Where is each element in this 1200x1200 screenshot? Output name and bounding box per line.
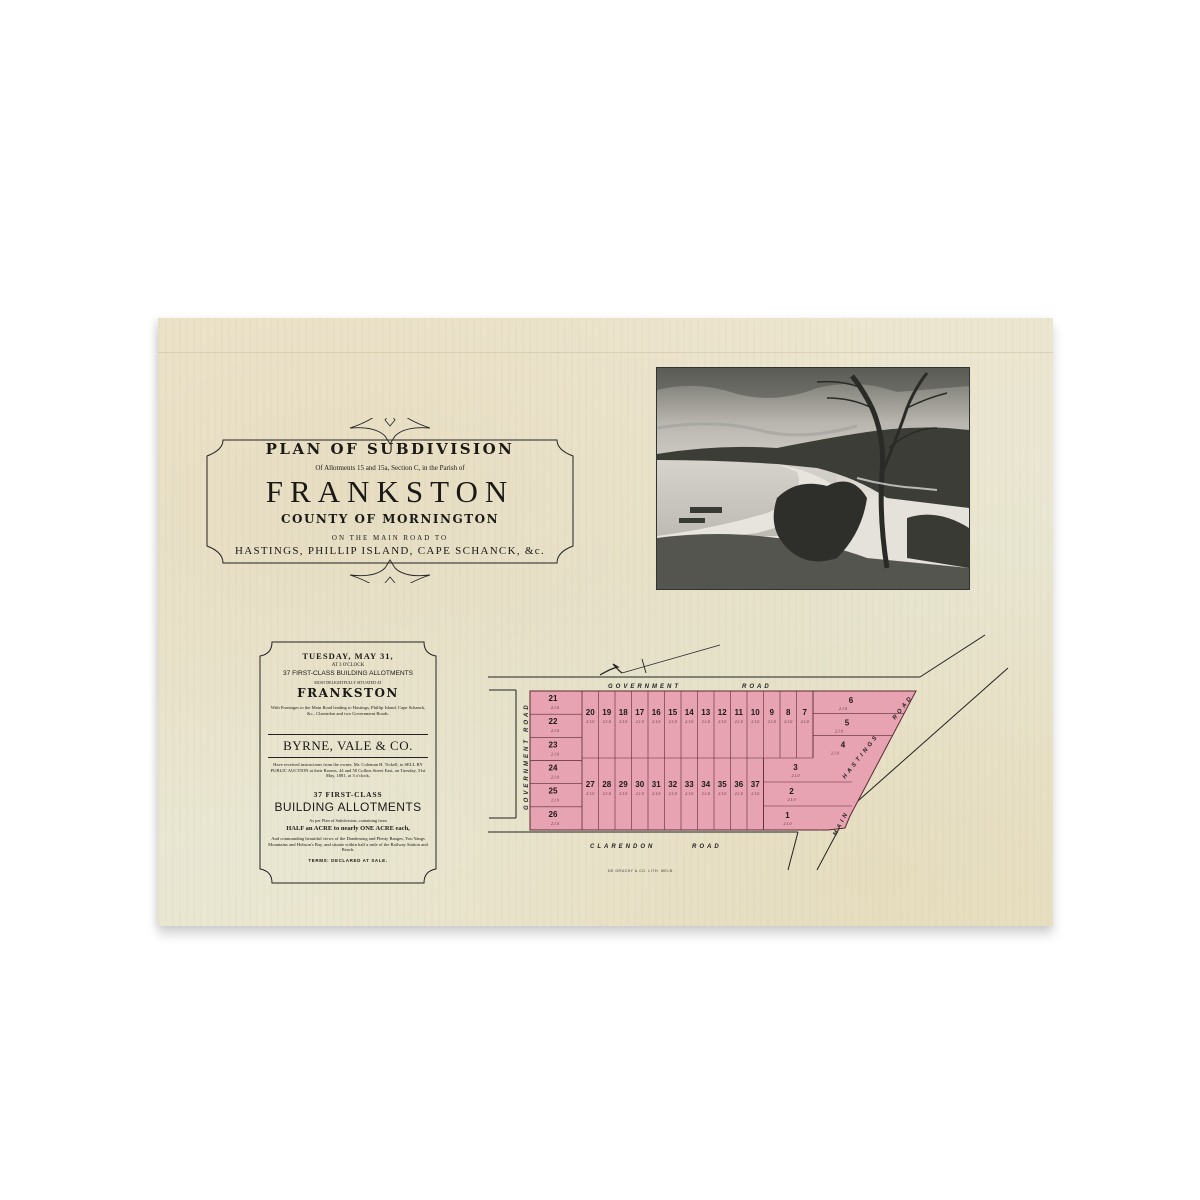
subdivision-plan: 212.1.0222.1.0232.1.0242.1.0252.1.0262.1… [480,640,1020,890]
lot-20: 20 [586,708,595,717]
allotments-line: Of Allotments 15 and 15a, Section C, in … [205,464,575,472]
terms-line: TERMS: DECLARED AT SALE. [268,858,428,863]
road-label-top-2: ROAD [742,684,772,690]
svg-text:2.1.0: 2.1.0 [788,797,796,802]
allotments-headline: 37 FIRST-CLASS BUILDING ALLOTMENTS [268,670,428,677]
lot-31: 31 [652,780,661,789]
lot-3: 3 [793,763,798,772]
lot-26: 26 [549,810,558,819]
svg-text:2.1.0: 2.1.0 [551,728,559,733]
lot-13: 13 [701,708,710,717]
destinations-line: HASTINGS, PHILLIP ISLAND, CAPE SCHANCK, … [205,545,575,557]
title-cartouche: PLAN OF SUBDIVISION Of Allotments 15 and… [205,418,575,583]
engraving-image [657,368,969,589]
lot-5: 5 [845,718,850,727]
lot-24: 24 [549,764,558,773]
north-arrow [600,645,720,675]
svg-text:2.1.0: 2.1.0 [735,791,743,796]
lot-30: 30 [635,780,644,789]
lot-8: 8 [786,708,791,717]
svg-text:2.1.0: 2.1.0 [718,791,726,796]
lot-22: 22 [549,717,558,726]
svg-text:2.1.0: 2.1.0 [551,821,559,826]
svg-text:2.1.0: 2.1.0 [685,791,693,796]
lot-7: 7 [803,708,808,717]
sale-date: TUESDAY, MAY 31, [268,651,428,661]
lot-37: 37 [751,780,760,789]
lot-25: 25 [549,787,558,796]
lot-11: 11 [735,708,744,717]
svg-text:2.1.0: 2.1.0 [835,728,843,733]
svg-text:2.1.0: 2.1.0 [831,751,839,756]
svg-text:2.1.0: 2.1.0 [792,773,800,778]
lot-sizes-line: HALF an ACRE to nearly ONE ACRE each, [268,825,428,832]
plan-drawing: 212.1.0222.1.0232.1.0242.1.0252.1.0262.1… [480,640,1020,890]
svg-text:2.1.0: 2.1.0 [768,719,776,724]
lot-33: 33 [685,780,694,789]
lot-4: 4 [841,741,846,750]
svg-text:2.1.0: 2.1.0 [784,719,792,724]
svg-text:2.1.0: 2.1.0 [636,791,644,796]
coastal-engraving [656,367,970,590]
svg-text:2.1.0: 2.1.0 [718,719,726,724]
svg-text:2.1.0: 2.1.0 [685,719,693,724]
sale-time: AT 3 O'CLOCK [268,663,428,668]
svg-text:2.1.0: 2.1.0 [702,719,710,724]
plan-heading: PLAN OF SUBDIVISION [205,440,575,458]
lot-2: 2 [789,787,794,796]
lot-28: 28 [602,780,611,789]
svg-text:2.1.0: 2.1.0 [603,719,611,724]
frontages-text: With Frontages to the Main Road leading … [268,705,428,716]
svg-text:2.1.0: 2.1.0 [751,791,759,796]
on-road-line: ON THE MAIN ROAD TO [205,534,575,542]
road-label-bottom-2: ROAD [692,844,722,850]
lot-10: 10 [751,708,760,717]
svg-text:2.1.0: 2.1.0 [801,719,809,724]
svg-text:2.1.0: 2.1.0 [652,719,660,724]
svg-text:2.1.0: 2.1.0 [586,719,594,724]
svg-text:2.1.0: 2.1.0 [603,791,611,796]
most-delightfully-line: MOST DELIGHTFULLY SITUATED AT [268,680,428,685]
lot-19: 19 [602,708,611,717]
lithographer-imprint: DE GRUCHY & CO. LITH. MELB. [608,869,674,873]
building-allotments-line: BUILDING ALLOTMENTS [268,800,428,814]
lot-6: 6 [849,696,854,705]
lot-32: 32 [668,780,677,789]
lot-23: 23 [549,740,558,749]
auction-notice: TUESDAY, MAY 31, AT 3 O'CLOCK 37 FIRST-C… [258,640,438,885]
svg-text:2.1.0: 2.1.0 [652,791,660,796]
divider [268,734,428,735]
svg-text:2.1.0: 2.1.0 [586,791,594,796]
county-line: COUNTY OF MORNINGTON [205,512,575,526]
road-label-left-2: ROAD [524,702,530,732]
as-per-plan-line: As per Plan of Subdivision, containing f… [268,818,428,823]
svg-text:2.1.0: 2.1.0 [551,705,559,710]
road-label-top: GOVERNMENT [608,684,681,690]
lot-34: 34 [701,780,710,789]
svg-text:2.1.0: 2.1.0 [839,706,847,711]
lot-18: 18 [619,708,628,717]
lot-14: 14 [685,708,694,717]
svg-text:2.1.0: 2.1.0 [551,798,559,803]
lot-29: 29 [619,780,628,789]
svg-text:2.1.0: 2.1.0 [551,751,559,756]
svg-text:2.1.0: 2.1.0 [669,719,677,724]
svg-text:2.1.0: 2.1.0 [735,719,743,724]
svg-text:2.1.0: 2.1.0 [669,791,677,796]
divider [268,757,428,758]
notice-place: FRANKSTON [268,686,428,700]
lot-27: 27 [586,780,595,789]
svg-text:2.1.0: 2.1.0 [619,719,627,724]
lot-35: 35 [718,780,727,789]
views-text: And commanding beautiful views of the Da… [268,836,428,853]
svg-text:2.1.0: 2.1.0 [702,791,710,796]
lot-17: 17 [635,708,644,717]
lot-16: 16 [652,708,661,717]
svg-text:2.1.0: 2.1.0 [636,719,644,724]
svg-text:2.1.0: 2.1.0 [551,775,559,780]
lot-15: 15 [668,708,677,717]
auctioneer-name: BYRNE, VALE & CO. [268,738,428,754]
lot-36: 36 [734,780,743,789]
instructions-text: Have received instructions from the owne… [268,762,428,779]
svg-text:2.1.0: 2.1.0 [751,719,759,724]
svg-text:2.1.0: 2.1.0 [784,821,792,826]
road-label-bottom: CLARENDON [590,844,655,850]
first-class-line: 37 FIRST-CLASS [268,790,428,799]
lot-21: 21 [549,694,558,703]
place-title: FRANKSTON [205,474,575,510]
fold-line [158,352,1053,353]
svg-text:2.1.0: 2.1.0 [619,791,627,796]
lot-1: 1 [785,811,790,820]
lot-12: 12 [718,708,727,717]
road-label-left: GOVERNMENT [524,737,530,810]
lot-9: 9 [770,708,775,717]
